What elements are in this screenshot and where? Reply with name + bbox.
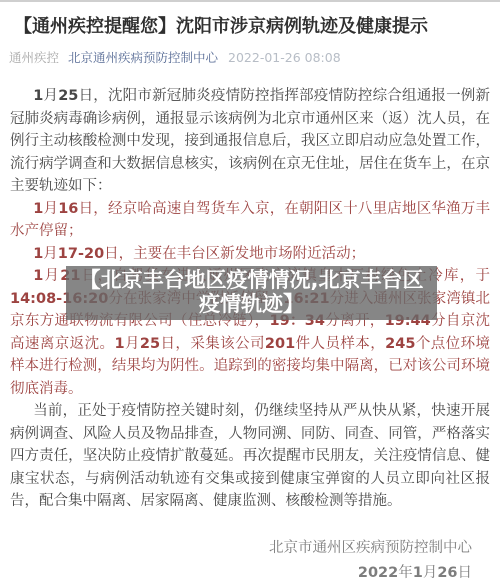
- account-link[interactable]: 北京通州疾病预防控制中心: [68, 50, 218, 65]
- signature-block: 北京市通州区疾病预防控制中心 2022年1月26日: [0, 536, 500, 586]
- trajectory-paragraph-1: 1月16日，经京哈高速自驾货车入京，在朝阳区十八里店地区华渔万丰水产停留；: [10, 198, 490, 243]
- author-label: 通州疾控: [9, 50, 59, 65]
- watermark-overlay: 【北京丰台地区疫情情况,北京丰台区疫情轨迹】: [66, 266, 437, 320]
- publish-timestamp: 2022-01-26 08:08: [228, 50, 341, 65]
- intro-paragraph: 1月25日，沈阳市新冠肺炎疫情防控指挥部疫情防控综合组通报一例新冠肺炎病毒确诊病…: [10, 85, 490, 198]
- signature-org: 北京市通州区疾病预防控制中心: [0, 536, 472, 561]
- article-page: 【通州疾控提醒您】沈阳市涉京病例轨迹及健康提示 通州疾控北京通州疾病预防控制中心…: [0, 0, 500, 585]
- signature-date: 2022年1月26日: [0, 561, 472, 586]
- article-title: 【通州疾控提醒您】沈阳市涉京病例轨迹及健康提示: [14, 14, 486, 39]
- advice-paragraph: 当前，正处于疫情防控关键时刻，仍继续坚持从严从快从紧，快速开展病例调查、风险人员…: [10, 400, 490, 513]
- article-meta: 通州疾控北京通州疾病预防控制中心2022-01-26 08:08: [8, 48, 486, 66]
- trajectory-paragraph-2: 1月17-20日，主要在丰台区新发地市场附近活动；: [10, 243, 490, 266]
